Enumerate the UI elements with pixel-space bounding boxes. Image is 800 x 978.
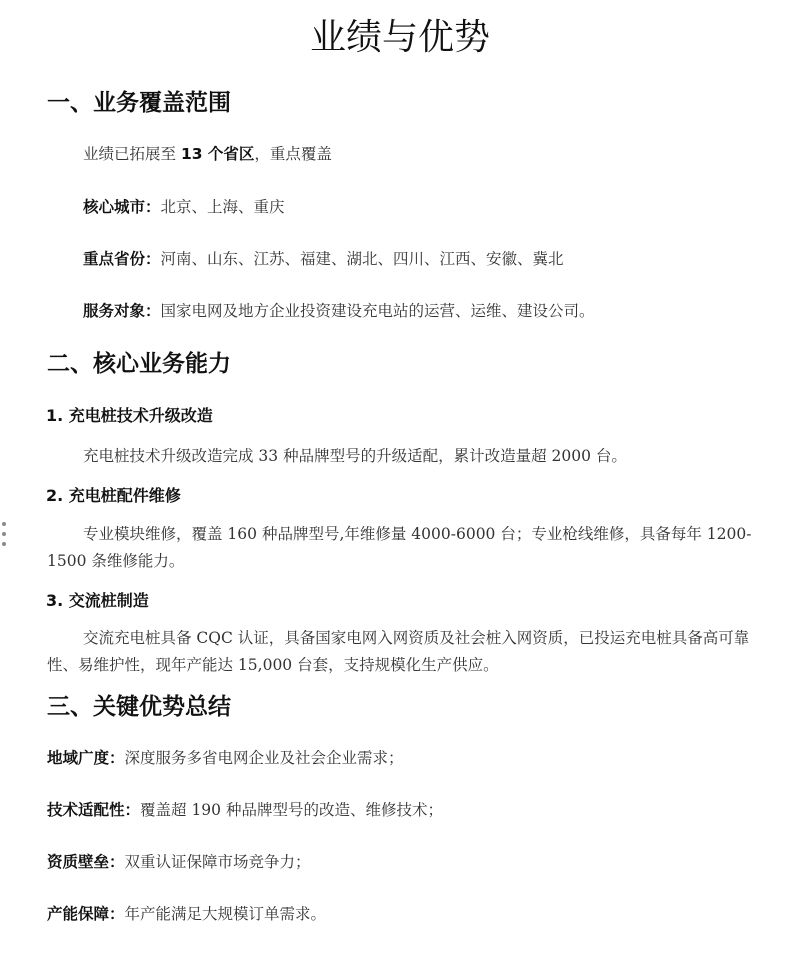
advantage-qualification-label: 资质壁垒： (47, 853, 125, 871)
service-targets-item: 服务对象：国家电网及地方企业投资建设充电站的运营、运维、建设公司。 (83, 300, 595, 322)
subsection-body-ac-manufacturing: 交流充电桩具备 CQC 认证，具备国家电网入网资质及社会桩入网资质，已投运充电桩… (47, 625, 753, 679)
core-cities-item: 核心城市：北京、上海、重庆 (83, 196, 285, 218)
drag-handle-dots-icon (2, 542, 6, 546)
advantage-capacity: 产能保障：年产能满足大规模订单需求。 (47, 903, 326, 925)
service-targets-value: 国家电网及地方企业投资建设充电站的运营、运维、建设公司。 (161, 302, 595, 320)
section-heading-capabilities: 二、核心业务能力 (47, 349, 231, 379)
advantage-geographic-label: 地域广度： (47, 749, 125, 767)
advantage-tech-fit-value: 覆盖超 190 种品牌型号的改造、维修技术； (140, 801, 443, 819)
core-cities-label: 核心城市： (83, 198, 161, 216)
drag-handle[interactable] (1, 522, 7, 546)
subsection-body-repair: 专业模块维修，覆盖 160 种品牌型号,年维修量 4000-6000 台；专业枪… (47, 521, 753, 575)
section-heading-advantages: 三、关键优势总结 (47, 692, 231, 722)
key-provinces-label: 重点省份： (83, 250, 161, 268)
coverage-intro-prefix: 业绩已拓展至 (83, 145, 181, 163)
key-provinces-value: 河南、山东、江苏、福建、湖北、四川、江西、安徽、冀北 (161, 250, 564, 268)
advantage-capacity-label: 产能保障： (47, 905, 125, 923)
advantage-tech-fit: 技术适配性：覆盖超 190 种品牌型号的改造、维修技术； (47, 799, 443, 821)
advantage-qualification-value: 双重认证保障市场竞争力； (125, 853, 311, 871)
section-heading-coverage: 一、业务覆盖范围 (47, 88, 231, 118)
core-cities-value: 北京、上海、重庆 (161, 198, 285, 216)
advantage-geographic-value: 深度服务多省电网企业及社会企业需求； (125, 749, 404, 767)
subsection-heading-ac-manufacturing: 3. 交流桩制造 (46, 590, 149, 612)
key-provinces-item: 重点省份：河南、山东、江苏、福建、湖北、四川、江西、安徽、冀北 (83, 248, 564, 270)
advantage-tech-fit-label: 技术适配性： (47, 801, 140, 819)
service-targets-label: 服务对象： (83, 302, 161, 320)
drag-handle-dots-icon (2, 522, 6, 526)
subsection-heading-repair: 2. 充电桩配件维修 (46, 485, 181, 507)
advantage-capacity-value: 年产能满足大规模订单需求。 (125, 905, 327, 923)
document-page: 业绩与优势 一、业务覆盖范围 业绩已拓展至 13 个省区，重点覆盖 核心城市：北… (0, 0, 800, 978)
coverage-intro: 业绩已拓展至 13 个省区，重点覆盖 (83, 143, 332, 165)
drag-handle-dots-icon (2, 532, 6, 536)
coverage-intro-suffix: ，重点覆盖 (254, 145, 332, 163)
advantage-qualification: 资质壁垒：双重认证保障市场竞争力； (47, 851, 311, 873)
subsection-body-upgrade: 充电桩技术升级改造完成 33 种品牌型号的升级适配，累计改造量超 2000 台。 (47, 443, 753, 470)
advantage-geographic: 地域广度：深度服务多省电网企业及社会企业需求； (47, 747, 404, 769)
coverage-province-count: 13 个省区 (181, 145, 254, 163)
document-title: 业绩与优势 (0, 14, 800, 62)
subsection-heading-upgrade: 1. 充电桩技术升级改造 (46, 405, 213, 427)
